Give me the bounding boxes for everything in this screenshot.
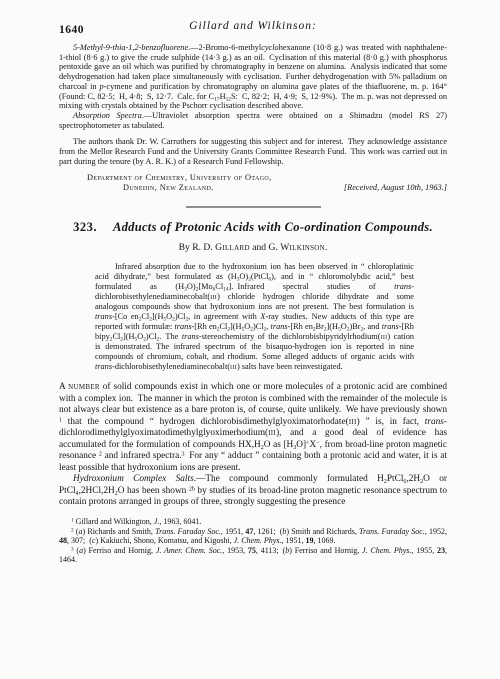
text-segment: ]. Infrared spectral studies of xyxy=(229,282,395,291)
text-segment: trans xyxy=(95,362,112,371)
text-segment: )Cl xyxy=(146,332,157,341)
text-segment: ](H xyxy=(152,312,164,321)
address-block: Department of Chemistry, University of O… xyxy=(59,173,447,193)
text-segment: , 1951, xyxy=(281,536,305,545)
text-segment: trans xyxy=(182,332,199,341)
text-segment: , 4113; ( xyxy=(256,546,285,555)
text-segment: ) ” is, in fact, xyxy=(357,417,425,427)
text-segment: ) Ferriso and Hornig, xyxy=(83,546,156,555)
text-segment: O has been shown xyxy=(118,486,189,496)
text-segment: Gillard and Wilkington, xyxy=(74,517,154,526)
text-segment: 23 xyxy=(437,546,445,555)
department-line-1: Department of Chemistry, University of O… xyxy=(59,173,447,183)
text-segment: iii xyxy=(349,417,357,427)
text-segment: Trans. Faraday Soc. xyxy=(359,527,425,536)
text-segment: , 307; ( xyxy=(67,536,92,545)
text-segment: trans xyxy=(174,322,191,331)
acknowledgements-paragraph: The authors thank Dr. W. Carruthers for … xyxy=(59,137,447,166)
article-title-line: 323.Adducts of Protonic Acids with Co-or… xyxy=(59,220,447,235)
text-segment: . The xyxy=(159,332,182,341)
footnote: 2 (a) Richards and Smith, Trans. Faraday… xyxy=(59,527,447,546)
text-segment: and infrared spectra. xyxy=(102,451,182,461)
article-body: A number of solid compounds exist in whi… xyxy=(59,382,447,509)
abstract-paragraph: Infrared absorption due to the hydroxoni… xyxy=(95,262,414,371)
text-segment: J. Chem. Phys. xyxy=(234,536,282,545)
text-segment: The authors thank Dr. W. Carruthers for … xyxy=(59,137,447,165)
absorption-spectra-paragraph: Absorption Spectra.—Ultraviolet absorpti… xyxy=(59,111,447,130)
text-segment: )Br xyxy=(349,322,360,331)
text-segment: Absorption Spectra xyxy=(73,111,142,120)
text-segment: Trans. Faraday Soc. xyxy=(155,527,221,536)
text-segment: [Mo xyxy=(198,282,212,291)
text-segment: ](H xyxy=(230,322,242,331)
department-line-2: Dunedin, New Zealand. xyxy=(59,183,214,193)
text-segment: O] xyxy=(296,440,306,450)
text-segment: trans xyxy=(382,322,399,331)
received-date: [Received, August 10th, 1963.] xyxy=(344,183,447,193)
text-segment: -[Co en xyxy=(112,312,139,321)
text-segment: O) xyxy=(239,272,248,281)
text-segment: ,2H xyxy=(406,474,420,484)
text-segment: trans xyxy=(271,322,288,331)
text-segment: ,2HCl,2H xyxy=(79,486,115,496)
text-segment: , and xyxy=(363,322,382,331)
text-segment: trans xyxy=(95,312,112,321)
text-segment: 5-Methyl-9-thia-1,2-benzofluorene xyxy=(73,43,188,52)
text-segment: O) xyxy=(187,282,196,291)
text-segment: , 1261; ( xyxy=(253,527,282,536)
text-segment: ](H xyxy=(123,332,135,341)
thiafluorene-paragraph: 5-Methyl-9-thia-1,2-benzofluorene.—2-Bro… xyxy=(59,43,447,111)
running-title: Gillard and Wilkinson: xyxy=(59,20,447,32)
text-segment: Wilkinson xyxy=(280,242,325,253)
text-segment: iii xyxy=(268,428,276,438)
text-segment: of solid compounds exist in which one or… xyxy=(59,382,447,415)
text-segment: -[Rh en xyxy=(192,322,217,331)
text-segment: 75 xyxy=(248,546,256,555)
text-segment: trans xyxy=(425,417,444,427)
text-segment: cyclo xyxy=(261,43,279,52)
article-number: 323. xyxy=(73,220,97,234)
text-segment: J. Chem. Phys. xyxy=(362,546,411,555)
text-segment: )Cl xyxy=(175,312,186,321)
text-segment: ) Richards and Smith, xyxy=(82,527,155,536)
footnote: 3 (a) Ferriso and Hornig, J. Amer. Chem.… xyxy=(59,546,447,565)
text-segment: (PtCl xyxy=(251,272,269,281)
section-divider xyxy=(186,206,321,208)
text-segment: iii xyxy=(230,362,237,371)
text-segment: that the compound “ hydrogen dichlorobis… xyxy=(62,417,349,427)
text-segment: A xyxy=(59,382,68,392)
text-segment: Hydroxonium Complex Salts xyxy=(73,474,194,484)
footnotes: 1 Gillard and Wilkington, J., 1963, 6041… xyxy=(59,517,447,565)
text-segment: , in agreement with xyxy=(188,312,260,321)
page-header: 1640 Gillard and Wilkinson: xyxy=(59,20,447,36)
previous-article-end: 5-Methyl-9-thia-1,2-benzofluorene.—2-Bro… xyxy=(59,43,447,193)
text-segment: -stereochemistry of the dichlorobisbipyr… xyxy=(199,332,381,341)
text-segment: -dichlorobisethylenediaminecobalt( xyxy=(112,362,230,371)
text-segment: O as [H xyxy=(264,440,293,450)
footnote: 1 Gillard and Wilkington, J., 1963, 6041… xyxy=(59,517,447,527)
text-segment: , 1953, xyxy=(222,546,248,555)
text-segment: , 1951, xyxy=(221,527,245,536)
body-paragraph: Hydroxonium Complex Salts.—The compound … xyxy=(59,474,447,509)
text-segment: and G. xyxy=(250,242,280,253)
article-title: Adducts of Protonic Acids with Co-ordina… xyxy=(113,220,433,234)
text-segment: J. Amer. Chem. Soc. xyxy=(156,546,222,555)
text-segment: ) salts have been reinvestigated. xyxy=(237,362,343,371)
text-segment: Cl xyxy=(215,282,223,291)
text-segment: ) Ferriso and Hornig, xyxy=(289,546,362,555)
text-segment: number xyxy=(68,382,100,392)
text-segment: 48 xyxy=(59,536,67,545)
text-segment: , 1069. xyxy=(313,536,335,545)
text-segment: PtCl xyxy=(387,474,404,484)
text-segment: . xyxy=(325,242,327,253)
text-segment: )Cl xyxy=(253,322,264,331)
department-received-row: Dunedin, New Zealand. [Received, August … xyxy=(59,183,447,193)
text-segment: , 1955, xyxy=(411,546,437,555)
text-segment: Br xyxy=(316,322,324,331)
text-segment: By R. D. xyxy=(179,242,216,253)
byline: By R. D. Gillard and G. Wilkinson. xyxy=(59,242,447,253)
text-segment: ) Kakiuchi, Shono, Komatsu, and Kigoshi, xyxy=(95,536,233,545)
text-segment: Gillard xyxy=(215,242,250,253)
text-segment: .—2-Bromo-6-methyl xyxy=(188,43,261,52)
text-segment: -[Rh en xyxy=(288,322,313,331)
body-paragraph: A number of solid compounds exist in whi… xyxy=(59,382,447,474)
text-segment: .—The compound commonly formulated H xyxy=(194,474,384,484)
journal-page: 1640 Gillard and Wilkinson: 5-Methyl-9-t… xyxy=(0,0,500,679)
text-segment: , 1952, xyxy=(425,527,447,536)
text-segment: , 1963, 6041. xyxy=(159,517,201,526)
text-segment: trans xyxy=(394,282,411,291)
text-segment: ](H xyxy=(327,322,339,331)
text-segment: ) Smith and Richards, xyxy=(286,527,359,536)
